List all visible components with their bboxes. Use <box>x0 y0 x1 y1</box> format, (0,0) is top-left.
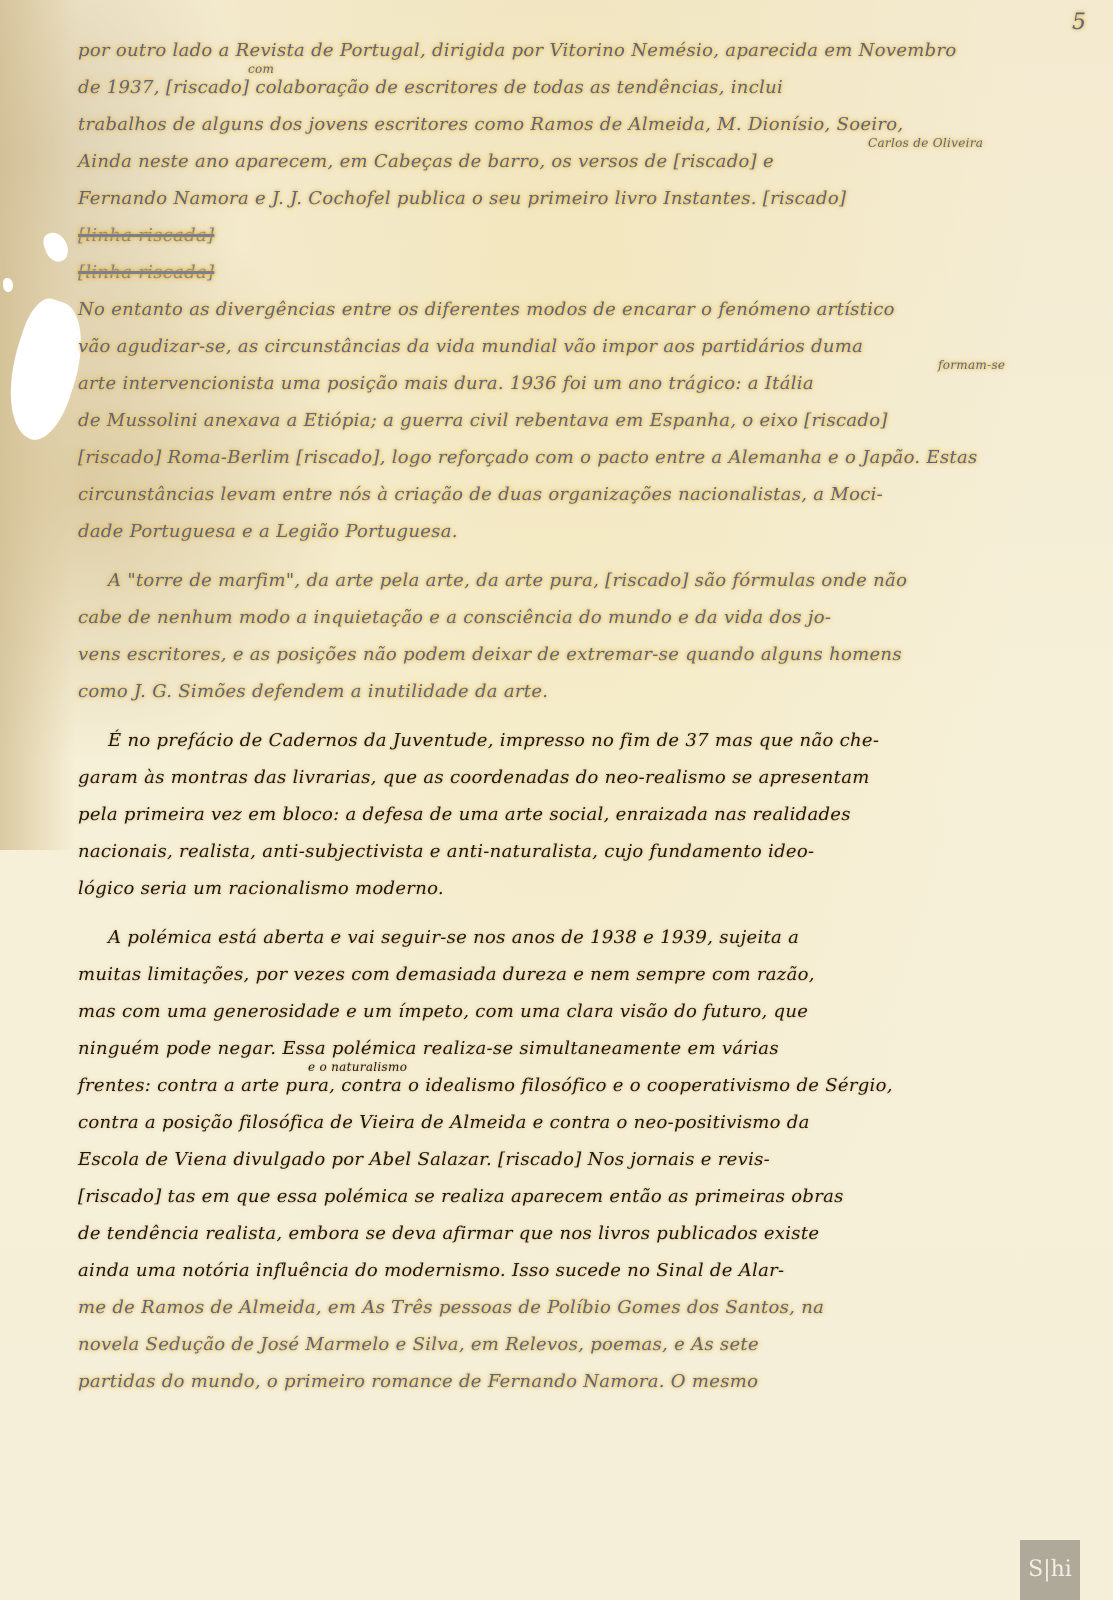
text-line: vens escritores, e as posições não podem… <box>78 636 1083 673</box>
archive-watermark-logo: S|hi <box>1020 1540 1080 1600</box>
paragraph-start: A polémica está aberta e vai seguir-se n… <box>78 919 1083 956</box>
text-line: vão agudizar-se, as circunstâncias da vi… <box>78 328 1083 365</box>
text-line: Escola de Viena divulgado por Abel Salaz… <box>78 1141 1083 1178</box>
text-line: [riscado] Roma-Berlim [riscado], logo re… <box>78 439 1083 476</box>
text-line: de tendência realista, embora se deva af… <box>78 1215 1083 1252</box>
text-line: de Mussolini anexava a Etiópia; a guerra… <box>78 402 1083 439</box>
paragraph-start: A "torre de marfim", da arte pela arte, … <box>78 562 1083 599</box>
text-line: garam às montras das livrarias, que as c… <box>78 759 1083 796</box>
text-line: mas com uma generosidade e um ímpeto, co… <box>78 993 1083 1030</box>
text-line: contra a posição filosófica de Vieira de… <box>78 1104 1083 1141</box>
interlinear-insert: formam-se <box>938 359 1005 371</box>
text-line: dade Portuguesa e a Legião Portuguesa. <box>78 513 1083 550</box>
interlinear-insert: Carlos de Oliveira <box>868 137 983 149</box>
text-line: pela primeira vez em bloco: a defesa de … <box>78 796 1083 833</box>
text-line: muitas limitações, por vezes com demasia… <box>78 956 1083 993</box>
manuscript-text: por outro lado a Revista de Portugal, di… <box>78 32 1083 1400</box>
text-line: partidas do mundo, o primeiro romance de… <box>78 1363 1083 1400</box>
text-line: me de Ramos de Almeida, em As Três pesso… <box>78 1289 1083 1326</box>
paper-tear <box>3 278 13 292</box>
text-line: formam-se arte intervencionista uma posi… <box>78 365 1083 402</box>
text-line: ninguém pode negar. Essa polémica realiz… <box>78 1030 1083 1067</box>
text-line: No entanto as divergências entre os dife… <box>78 291 1083 328</box>
text-line: lógico seria um racionalismo moderno. <box>78 870 1083 907</box>
text-line: circunstâncias levam entre nós à criação… <box>78 476 1083 513</box>
interlinear-insert: e o naturalismo <box>308 1061 407 1073</box>
struck-line: [linha riscada] <box>78 254 1083 291</box>
text-line: Fernando Namora e J. J. Cochofel publica… <box>78 180 1083 217</box>
text-line: ainda uma notória influência do modernis… <box>78 1252 1083 1289</box>
text-line: novela Sedução de José Marmelo e Silva, … <box>78 1326 1083 1363</box>
text-line: nacionais, realista, anti-subjectivista … <box>78 833 1083 870</box>
text-line: [riscado] tas em que essa polémica se re… <box>78 1178 1083 1215</box>
text-line: como J. G. Simões defendem a inutilidade… <box>78 673 1083 710</box>
struck-line: [linha riscada] <box>78 217 1083 254</box>
paragraph-start: É no prefácio de Cadernos da Juventude, … <box>78 722 1083 759</box>
manuscript-page: 5 por outro lado a Revista de Portugal, … <box>0 0 1113 1600</box>
text-line: com de 1937, [riscado] colaboração de es… <box>78 69 1083 106</box>
text-line: Carlos de Oliveira Ainda neste ano apare… <box>78 143 1083 180</box>
interlinear-insert: com <box>248 63 274 75</box>
text-line: por outro lado a Revista de Portugal, di… <box>78 32 1083 69</box>
text-line: cabe de nenhum modo a inquietação e a co… <box>78 599 1083 636</box>
text-line: e o naturalismo frentes: contra a arte p… <box>78 1067 1083 1104</box>
